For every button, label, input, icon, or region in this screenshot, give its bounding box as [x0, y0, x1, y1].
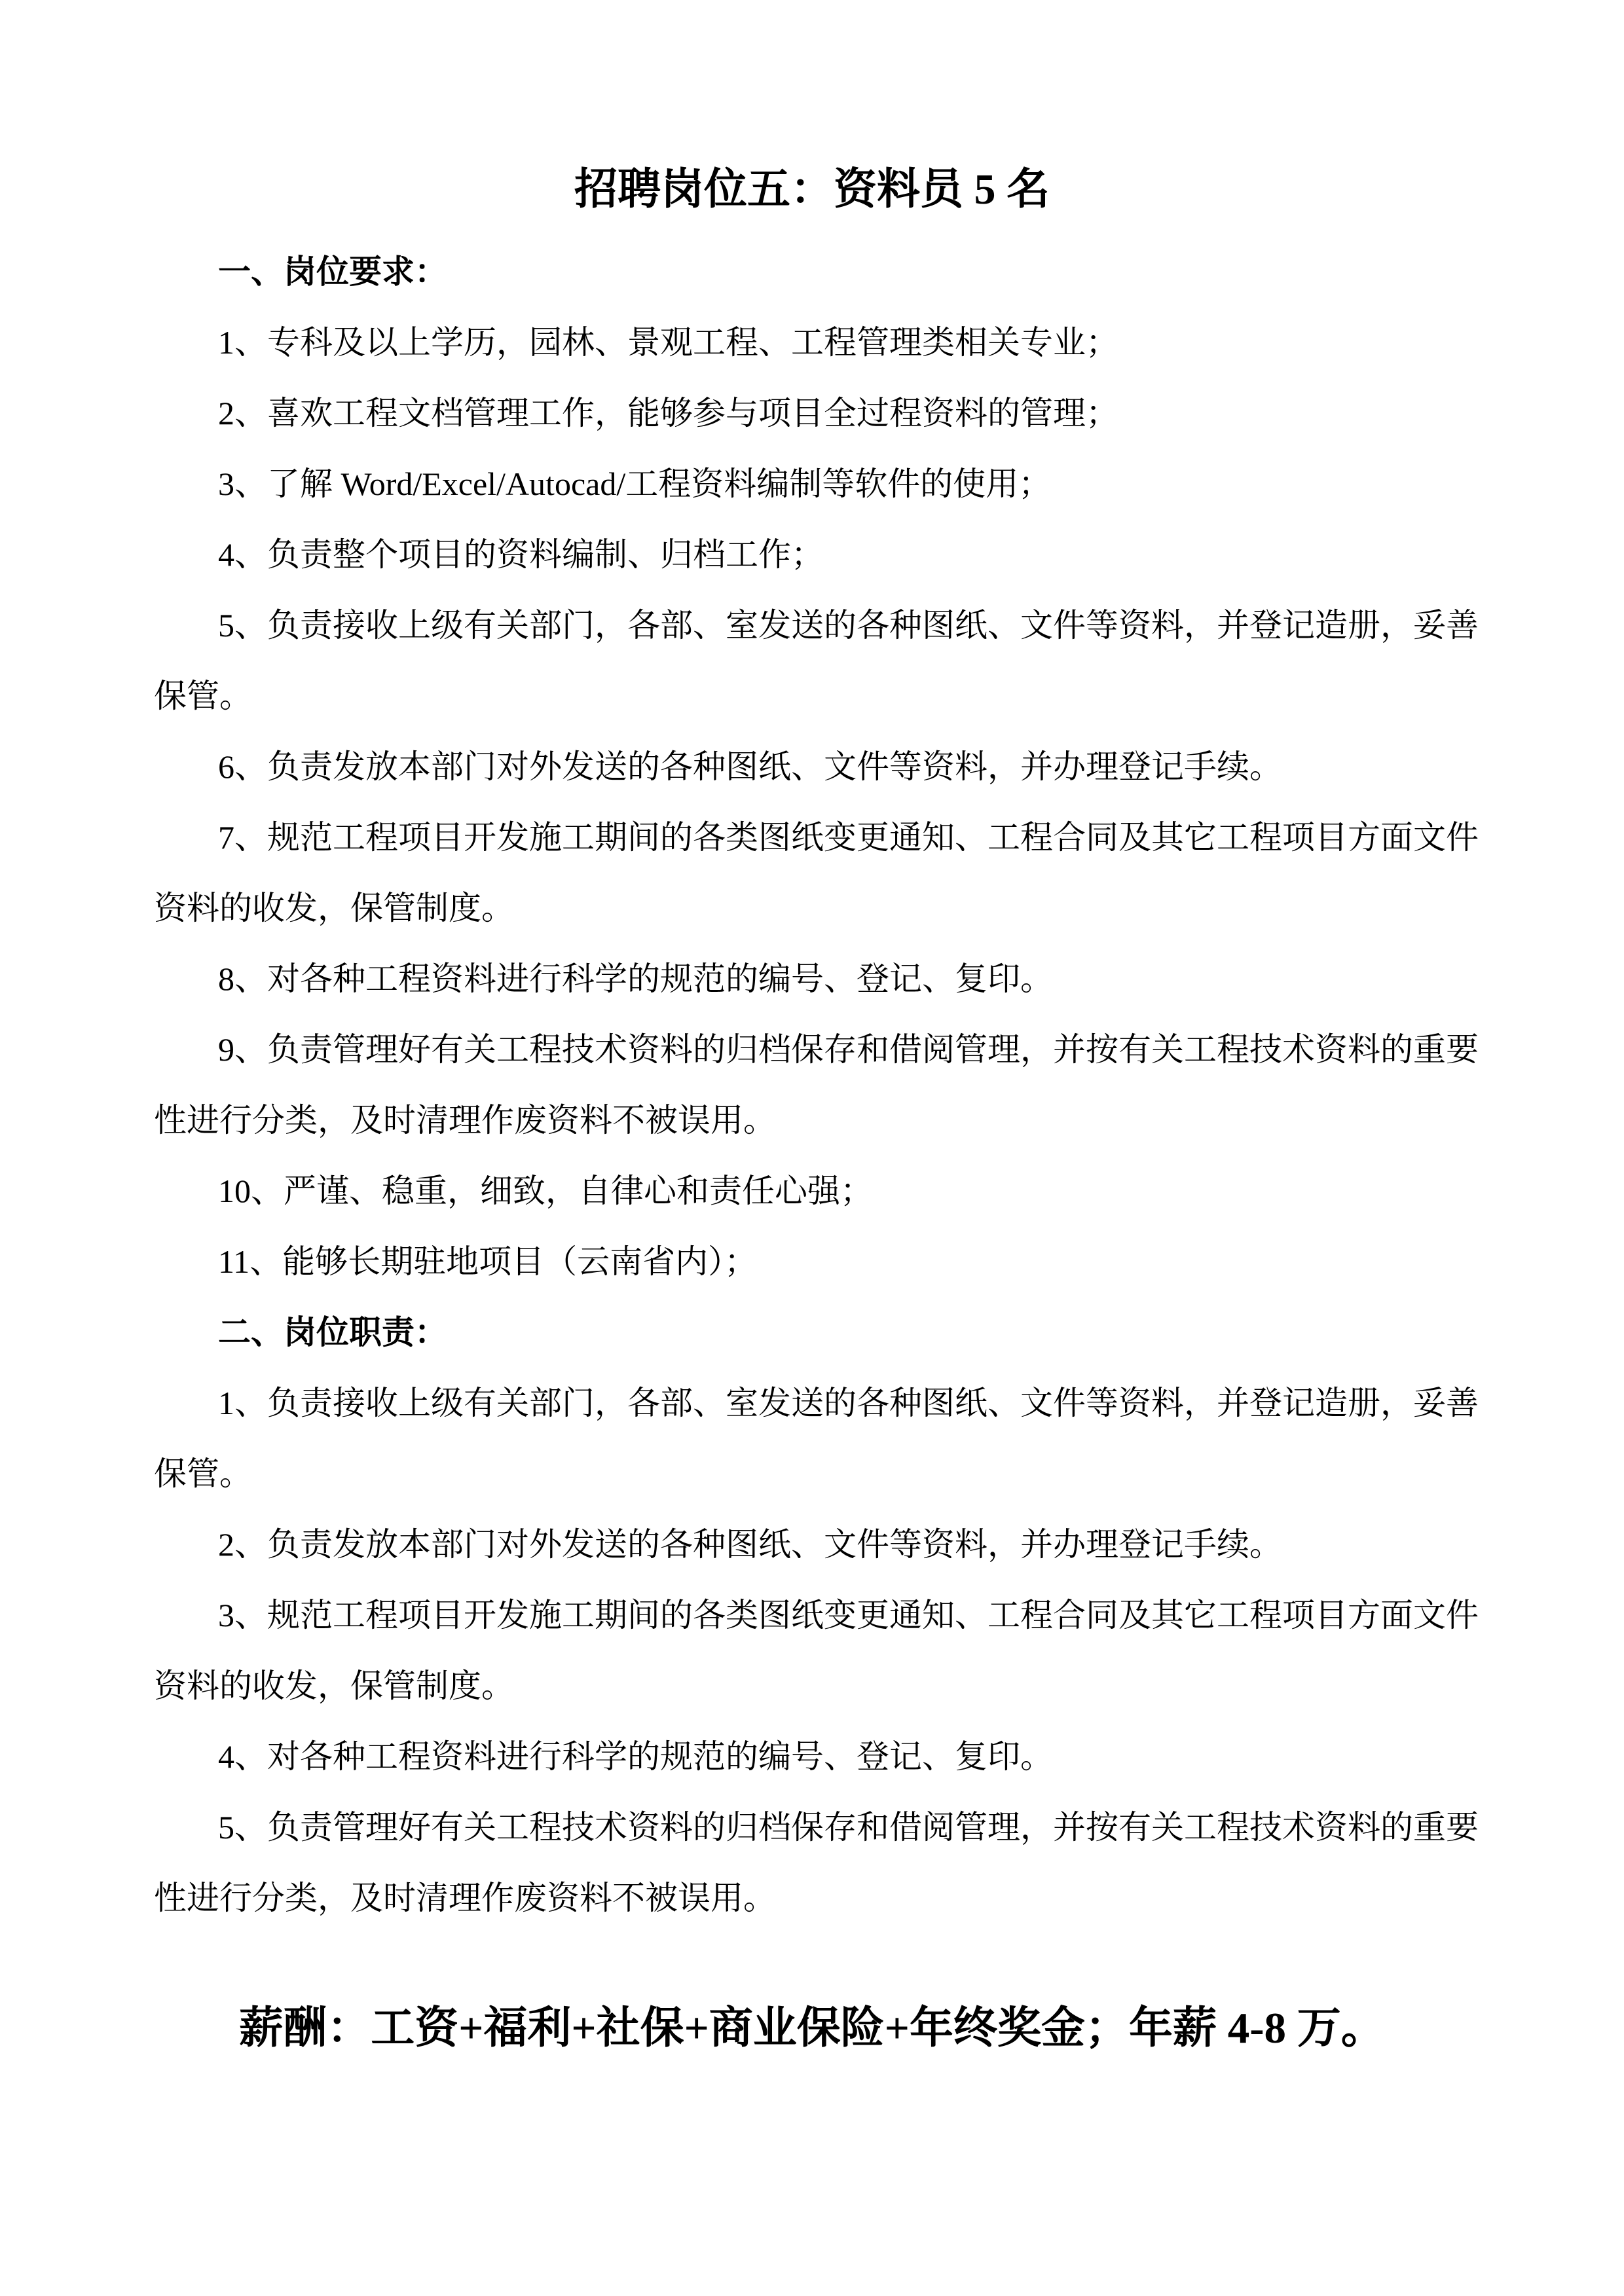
continuation-line: 资料的收发，保管制度。 [154, 1650, 1475, 1721]
continuation-line: 保管。 [154, 661, 1475, 731]
list-item-line: 4、对各种工程资料进行科学的规范的编号、登记、复印。 [154, 1721, 1475, 1792]
section-heading: 一、岗位要求： [154, 236, 1475, 307]
list-item-line: 2、喜欢工程文档管理工作，能够参与项目全过程资料的管理； [154, 378, 1475, 448]
list-item-line: 5、负责接收上级有关部门，各部、室发送的各种图纸、文件等资料，并登记造册，妥善 [154, 590, 1475, 661]
continuation-line: 性进行分类，及时清理作废资料不被误用。 [154, 1863, 1475, 1933]
document-body: 一、岗位要求：1、专科及以上学历，园林、景观工程、工程管理类相关专业；2、喜欢工… [154, 236, 1475, 1933]
list-item-line: 1、专科及以上学历，园林、景观工程、工程管理类相关专业； [154, 307, 1475, 378]
list-item-line: 6、负责发放本部门对外发送的各种图纸、文件等资料，并办理登记手续。 [154, 731, 1475, 802]
document-title: 招聘岗位五：资料员 5 名 [0, 155, 1624, 225]
list-item-line: 7、规范工程项目开发施工期间的各类图纸变更通知、工程合同及其它工程项目方面文件 [154, 802, 1475, 873]
document-page: 招聘岗位五：资料员 5 名 一、岗位要求：1、专科及以上学历，园林、景观工程、工… [0, 0, 1624, 2296]
list-item-line: 8、对各种工程资料进行科学的规范的编号、登记、复印。 [154, 943, 1475, 1014]
list-item-line: 4、负责整个项目的资料编制、归档工作； [154, 519, 1475, 590]
continuation-line: 性进行分类，及时清理作废资料不被误用。 [154, 1085, 1475, 1156]
salary-summary-line: 薪酬：工资+福利+社保+商业保险+年终奖金；年薪 4-8 万。 [0, 1990, 1624, 2066]
list-item-line: 5、负责管理好有关工程技术资料的归档保存和借阅管理，并按有关工程技术资料的重要 [154, 1792, 1475, 1863]
continuation-line: 资料的收发，保管制度。 [154, 873, 1475, 943]
list-item-line: 3、规范工程项目开发施工期间的各类图纸变更通知、工程合同及其它工程项目方面文件 [154, 1580, 1475, 1650]
list-item-line: 11、能够长期驻地项目（云南省内）； [154, 1226, 1475, 1297]
list-item-line: 3、了解 Word/Excel/Autocad/工程资料编制等软件的使用； [154, 448, 1475, 519]
list-item-line: 2、负责发放本部门对外发送的各种图纸、文件等资料，并办理登记手续。 [154, 1509, 1475, 1580]
list-item-line: 1、负责接收上级有关部门，各部、室发送的各种图纸、文件等资料，并登记造册，妥善 [154, 1368, 1475, 1438]
list-item-line: 9、负责管理好有关工程技术资料的归档保存和借阅管理，并按有关工程技术资料的重要 [154, 1014, 1475, 1085]
section-heading: 二、岗位职责： [154, 1297, 1475, 1368]
continuation-line: 保管。 [154, 1438, 1475, 1509]
list-item-line: 10、严谨、稳重，细致，自律心和责任心强； [154, 1156, 1475, 1226]
